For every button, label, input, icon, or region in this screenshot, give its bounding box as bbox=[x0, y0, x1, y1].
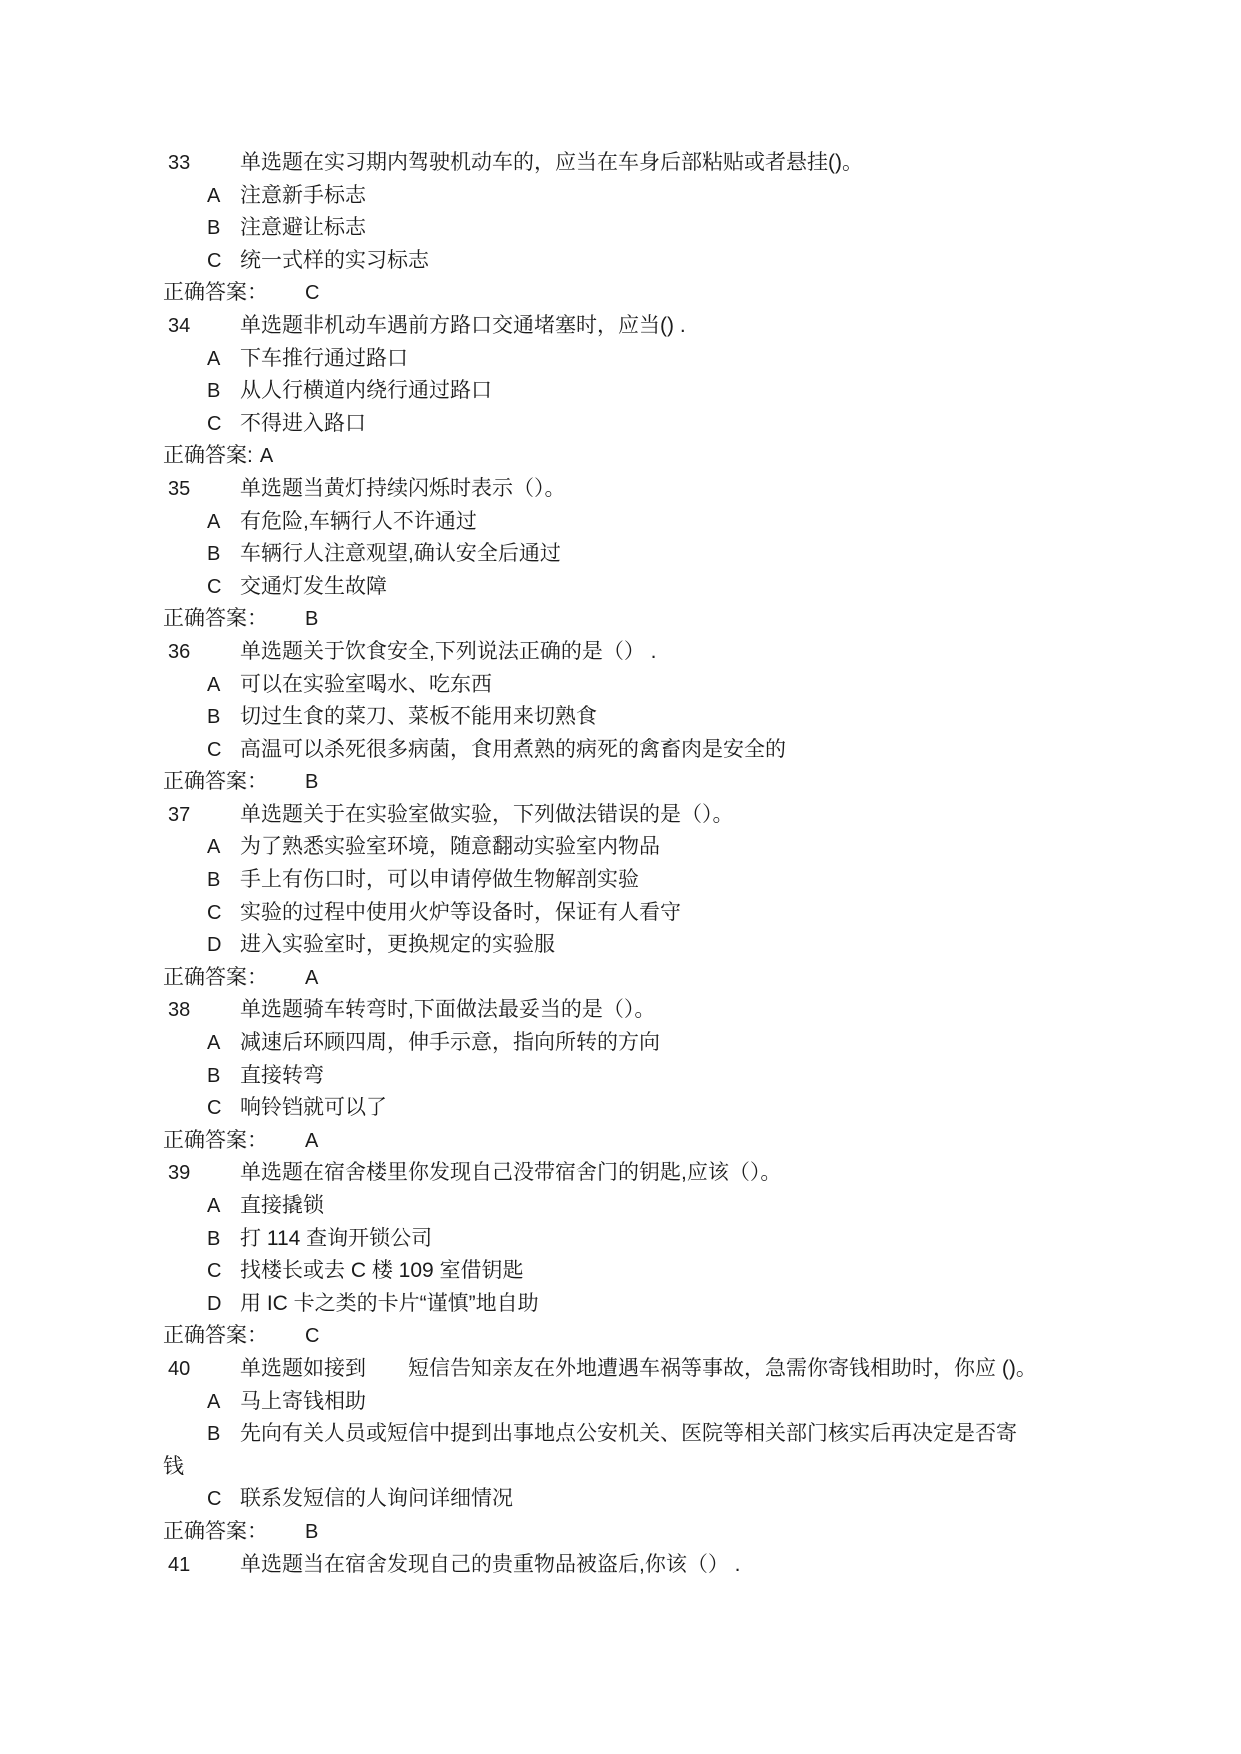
question-number: 38 bbox=[163, 994, 240, 1027]
answer-value: A bbox=[305, 967, 318, 989]
answer-value: B bbox=[305, 1521, 318, 1543]
answer-line: 正确答案：C bbox=[163, 277, 1075, 310]
answer-value: B bbox=[305, 608, 318, 630]
option-letter: C bbox=[163, 1255, 240, 1288]
option-text: 减速后环顾四周，伸手示意，指向所转的方向 bbox=[240, 1031, 660, 1054]
option-line: A马上寄钱相助 bbox=[163, 1386, 1075, 1419]
option-text: 切过生食的菜刀、菜板不能用来切熟食 bbox=[240, 705, 597, 728]
option-text: 联系发短信的人询问详细情况 bbox=[240, 1487, 513, 1510]
option-letter: A bbox=[163, 1386, 240, 1419]
option-text-continuation: 钱 bbox=[163, 1455, 184, 1478]
option-text: 直接转弯 bbox=[240, 1064, 324, 1087]
option-letter: D bbox=[163, 1288, 240, 1321]
option-letter: A bbox=[163, 1027, 240, 1060]
option-text: 找楼长或去 C 楼 109 室借钥匙 bbox=[240, 1259, 524, 1282]
document-page: 33单选题在实习期内驾驶机动车的，应当在车身后部粘贴或者悬挂()。A注意新手标志… bbox=[0, 0, 1241, 1754]
option-line: D进入实验室时，更换规定的实验服 bbox=[163, 929, 1075, 962]
option-text: 先向有关人员或短信中提到出事地点公安机关、医院等相关部门核实后再决定是否寄 bbox=[240, 1422, 1017, 1445]
option-letter: C bbox=[163, 734, 240, 767]
answer-line: 正确答案：C bbox=[163, 1320, 1075, 1353]
question: 34单选题非机动车遇前方路口交通堵塞时，应当() .A下车推行通过路口B从人行横… bbox=[163, 310, 1075, 473]
option-letter: C bbox=[163, 245, 240, 278]
question: 40单选题如接到 短信告知亲友在外地遭遇车祸等事故，急需你寄钱相助时，你应 ()… bbox=[163, 1353, 1075, 1549]
option-line: A为了熟悉实验室环境，随意翻动实验室内物品 bbox=[163, 831, 1075, 864]
option-letter: A bbox=[163, 506, 240, 539]
option-letter: C bbox=[163, 408, 240, 441]
answer-value: A bbox=[305, 1130, 318, 1152]
option-line: A有危险,车辆行人不许通过 bbox=[163, 506, 1075, 539]
question-stem: 单选题非机动车遇前方路口交通堵塞时，应当() . bbox=[240, 314, 686, 337]
question: 38单选题骑车转弯时,下面做法最妥当的是（）。A减速后环顾四周，伸手示意，指向所… bbox=[163, 994, 1075, 1157]
question-number: 36 bbox=[163, 636, 240, 669]
question-stem-line: 35单选题当黄灯持续闪烁时表示（）。 bbox=[163, 473, 1075, 506]
question-stem-line: 41单选题当在宿舍发现自己的贵重物品被盗后,你该（） . bbox=[163, 1549, 1075, 1582]
option-letter: D bbox=[163, 929, 240, 962]
option-letter: C bbox=[163, 897, 240, 930]
answer-line: 正确答案：B bbox=[163, 766, 1075, 799]
option-line: B从人行横道内绕行通过路口 bbox=[163, 375, 1075, 408]
question-stem: 单选题在实习期内驾驶机动车的，应当在车身后部粘贴或者悬挂()。 bbox=[240, 151, 863, 174]
option-line: C交通灯发生故障 bbox=[163, 571, 1075, 604]
option-text: 手上有伤口时，可以申请停做生物解剖实验 bbox=[240, 868, 639, 891]
option-letter: B bbox=[163, 375, 240, 408]
option-line: B注意避让标志 bbox=[163, 212, 1075, 245]
option-line: B打 114 查询开锁公司 bbox=[163, 1223, 1075, 1256]
question: 37单选题关于在实验室做实验，下列做法错误的是（）。A为了熟悉实验室环境，随意翻… bbox=[163, 799, 1075, 995]
answer-line: 正确答案：B bbox=[163, 603, 1075, 636]
option-letter: C bbox=[163, 1483, 240, 1516]
question-stem: 单选题骑车转弯时,下面做法最妥当的是（）。 bbox=[240, 998, 655, 1021]
question-stem: 单选题当在宿舍发现自己的贵重物品被盗后,你该（） . bbox=[240, 1553, 741, 1576]
question-stem: 单选题在宿舍楼里你发现自己没带宿舍门的钥匙,应该（）。 bbox=[240, 1161, 781, 1184]
answer-label: 正确答案： bbox=[163, 1520, 268, 1543]
option-letter: B bbox=[163, 864, 240, 897]
question-stem: 单选题关于在实验室做实验，下列做法错误的是（）。 bbox=[240, 803, 734, 826]
question-number: 41 bbox=[163, 1549, 240, 1582]
option-line: B直接转弯 bbox=[163, 1060, 1075, 1093]
answer-label: 正确答案： bbox=[163, 770, 268, 793]
question-number: 39 bbox=[163, 1157, 240, 1190]
option-text: 车辆行人注意观望,确认安全后通过 bbox=[240, 542, 561, 565]
option-text: 为了熟悉实验室环境，随意翻动实验室内物品 bbox=[240, 835, 660, 858]
option-letter: A bbox=[163, 180, 240, 213]
question-stem: 单选题当黄灯持续闪烁时表示（）。 bbox=[240, 477, 566, 500]
answer-value: B bbox=[305, 771, 318, 793]
question-stem-line: 33单选题在实习期内驾驶机动车的，应当在车身后部粘贴或者悬挂()。 bbox=[163, 147, 1075, 180]
question: 33单选题在实习期内驾驶机动车的，应当在车身后部粘贴或者悬挂()。A注意新手标志… bbox=[163, 147, 1075, 310]
option-letter: A bbox=[163, 669, 240, 702]
answer-label: 正确答案: bbox=[163, 444, 253, 467]
question: 36单选题关于饮食安全,下列说法正确的是（） .A可以在实验室喝水、吃东西B切过… bbox=[163, 636, 1075, 799]
option-text: 打 114 查询开锁公司 bbox=[240, 1227, 432, 1250]
option-line: B手上有伤口时，可以申请停做生物解剖实验 bbox=[163, 864, 1075, 897]
question-number: 37 bbox=[163, 799, 240, 832]
question-stem-line: 39单选题在宿舍楼里你发现自己没带宿舍门的钥匙,应该（）。 bbox=[163, 1157, 1075, 1190]
option-text: 响铃铛就可以了 bbox=[240, 1096, 387, 1119]
option-line: C统一式样的实习标志 bbox=[163, 245, 1075, 278]
option-line: C找楼长或去 C 楼 109 室借钥匙 bbox=[163, 1255, 1075, 1288]
answer-line: 正确答案：A bbox=[163, 1125, 1075, 1158]
option-text: 注意避让标志 bbox=[240, 216, 366, 239]
option-letter: B bbox=[163, 1223, 240, 1256]
option-text: 直接撬锁 bbox=[240, 1194, 324, 1217]
answer-line: 正确答案：B bbox=[163, 1516, 1075, 1549]
option-line: C高温可以杀死很多病菌，食用煮熟的病死的禽畜肉是安全的 bbox=[163, 734, 1075, 767]
option-text: 统一式样的实习标志 bbox=[240, 249, 429, 272]
question-stem-line: 34单选题非机动车遇前方路口交通堵塞时，应当() . bbox=[163, 310, 1075, 343]
option-line: C不得进入路口 bbox=[163, 408, 1075, 441]
option-line: A减速后环顾四周，伸手示意，指向所转的方向 bbox=[163, 1027, 1075, 1060]
option-line: B先向有关人员或短信中提到出事地点公安机关、医院等相关部门核实后再决定是否寄 bbox=[163, 1418, 1075, 1451]
question-number: 33 bbox=[163, 147, 240, 180]
question-stem: 单选题如接到 短信告知亲友在外地遭遇车祸等事故，急需你寄钱相助时，你应 ()。 bbox=[240, 1357, 1037, 1380]
option-text: 有危险,车辆行人不许通过 bbox=[240, 510, 477, 533]
option-letter: A bbox=[163, 831, 240, 864]
option-text: 不得进入路口 bbox=[240, 412, 366, 435]
option-text: 从人行横道内绕行通过路口 bbox=[240, 379, 492, 402]
option-line: C联系发短信的人询问详细情况 bbox=[163, 1483, 1075, 1516]
question-list: 33单选题在实习期内驾驶机动车的，应当在车身后部粘贴或者悬挂()。A注意新手标志… bbox=[163, 147, 1075, 1581]
option-text: 马上寄钱相助 bbox=[240, 1390, 366, 1413]
option-letter: A bbox=[163, 343, 240, 376]
option-line: C响铃铛就可以了 bbox=[163, 1092, 1075, 1125]
option-letter: B bbox=[163, 538, 240, 571]
option-continuation-line: 钱 bbox=[163, 1451, 1075, 1484]
question: 39单选题在宿舍楼里你发现自己没带宿舍门的钥匙,应该（）。A直接撬锁B打 114… bbox=[163, 1157, 1075, 1353]
question: 35单选题当黄灯持续闪烁时表示（）。A有危险,车辆行人不许通过B车辆行人注意观望… bbox=[163, 473, 1075, 636]
question-stem-line: 40单选题如接到 短信告知亲友在外地遭遇车祸等事故，急需你寄钱相助时，你应 ()… bbox=[163, 1353, 1075, 1386]
question-stem: 单选题关于饮食安全,下列说法正确的是（） . bbox=[240, 640, 657, 663]
option-text: 下车推行通过路口 bbox=[240, 347, 408, 370]
option-letter: B bbox=[163, 212, 240, 245]
option-text: 注意新手标志 bbox=[240, 184, 366, 207]
option-letter: C bbox=[163, 1092, 240, 1125]
option-line: D用 IC 卡之类的卡片“谨慎”地自助 bbox=[163, 1288, 1075, 1321]
option-line: A直接撬锁 bbox=[163, 1190, 1075, 1223]
question-stem-line: 37单选题关于在实验室做实验，下列做法错误的是（）。 bbox=[163, 799, 1075, 832]
answer-label: 正确答案： bbox=[163, 1324, 268, 1347]
option-text: 实验的过程中使用火炉等设备时，保证有人看守 bbox=[240, 901, 681, 924]
option-text: 可以在实验室喝水、吃东西 bbox=[240, 673, 492, 696]
answer-label: 正确答案： bbox=[163, 966, 268, 989]
option-line: C实验的过程中使用火炉等设备时，保证有人看守 bbox=[163, 897, 1075, 930]
answer-label: 正确答案： bbox=[163, 607, 268, 630]
option-text: 交通灯发生故障 bbox=[240, 575, 387, 598]
option-line: A可以在实验室喝水、吃东西 bbox=[163, 669, 1075, 702]
option-letter: B bbox=[163, 701, 240, 734]
answer-value: C bbox=[305, 282, 319, 304]
question-number: 34 bbox=[163, 310, 240, 343]
option-line: A注意新手标志 bbox=[163, 180, 1075, 213]
option-line: B切过生食的菜刀、菜板不能用来切熟食 bbox=[163, 701, 1075, 734]
question: 41单选题当在宿舍发现自己的贵重物品被盗后,你该（） . bbox=[163, 1549, 1075, 1582]
option-letter: C bbox=[163, 571, 240, 604]
option-letter: B bbox=[163, 1418, 240, 1451]
option-text: 高温可以杀死很多病菌，食用煮熟的病死的禽畜肉是安全的 bbox=[240, 738, 786, 761]
option-text: 进入实验室时，更换规定的实验服 bbox=[240, 933, 555, 956]
question-stem-line: 38单选题骑车转弯时,下面做法最妥当的是（）。 bbox=[163, 994, 1075, 1027]
answer-value: A bbox=[260, 445, 273, 467]
option-text: 用 IC 卡之类的卡片“谨慎”地自助 bbox=[240, 1292, 539, 1315]
question-number: 35 bbox=[163, 473, 240, 506]
answer-label: 正确答案： bbox=[163, 281, 268, 304]
option-line: B车辆行人注意观望,确认安全后通过 bbox=[163, 538, 1075, 571]
option-letter: A bbox=[163, 1190, 240, 1223]
answer-value: C bbox=[305, 1325, 319, 1347]
answer-line: 正确答案：A bbox=[163, 962, 1075, 995]
answer-line: 正确答案:A bbox=[163, 440, 1075, 473]
question-stem-line: 36单选题关于饮食安全,下列说法正确的是（） . bbox=[163, 636, 1075, 669]
answer-label: 正确答案： bbox=[163, 1129, 268, 1152]
option-line: A下车推行通过路口 bbox=[163, 343, 1075, 376]
option-letter: B bbox=[163, 1060, 240, 1093]
question-number: 40 bbox=[163, 1353, 240, 1386]
